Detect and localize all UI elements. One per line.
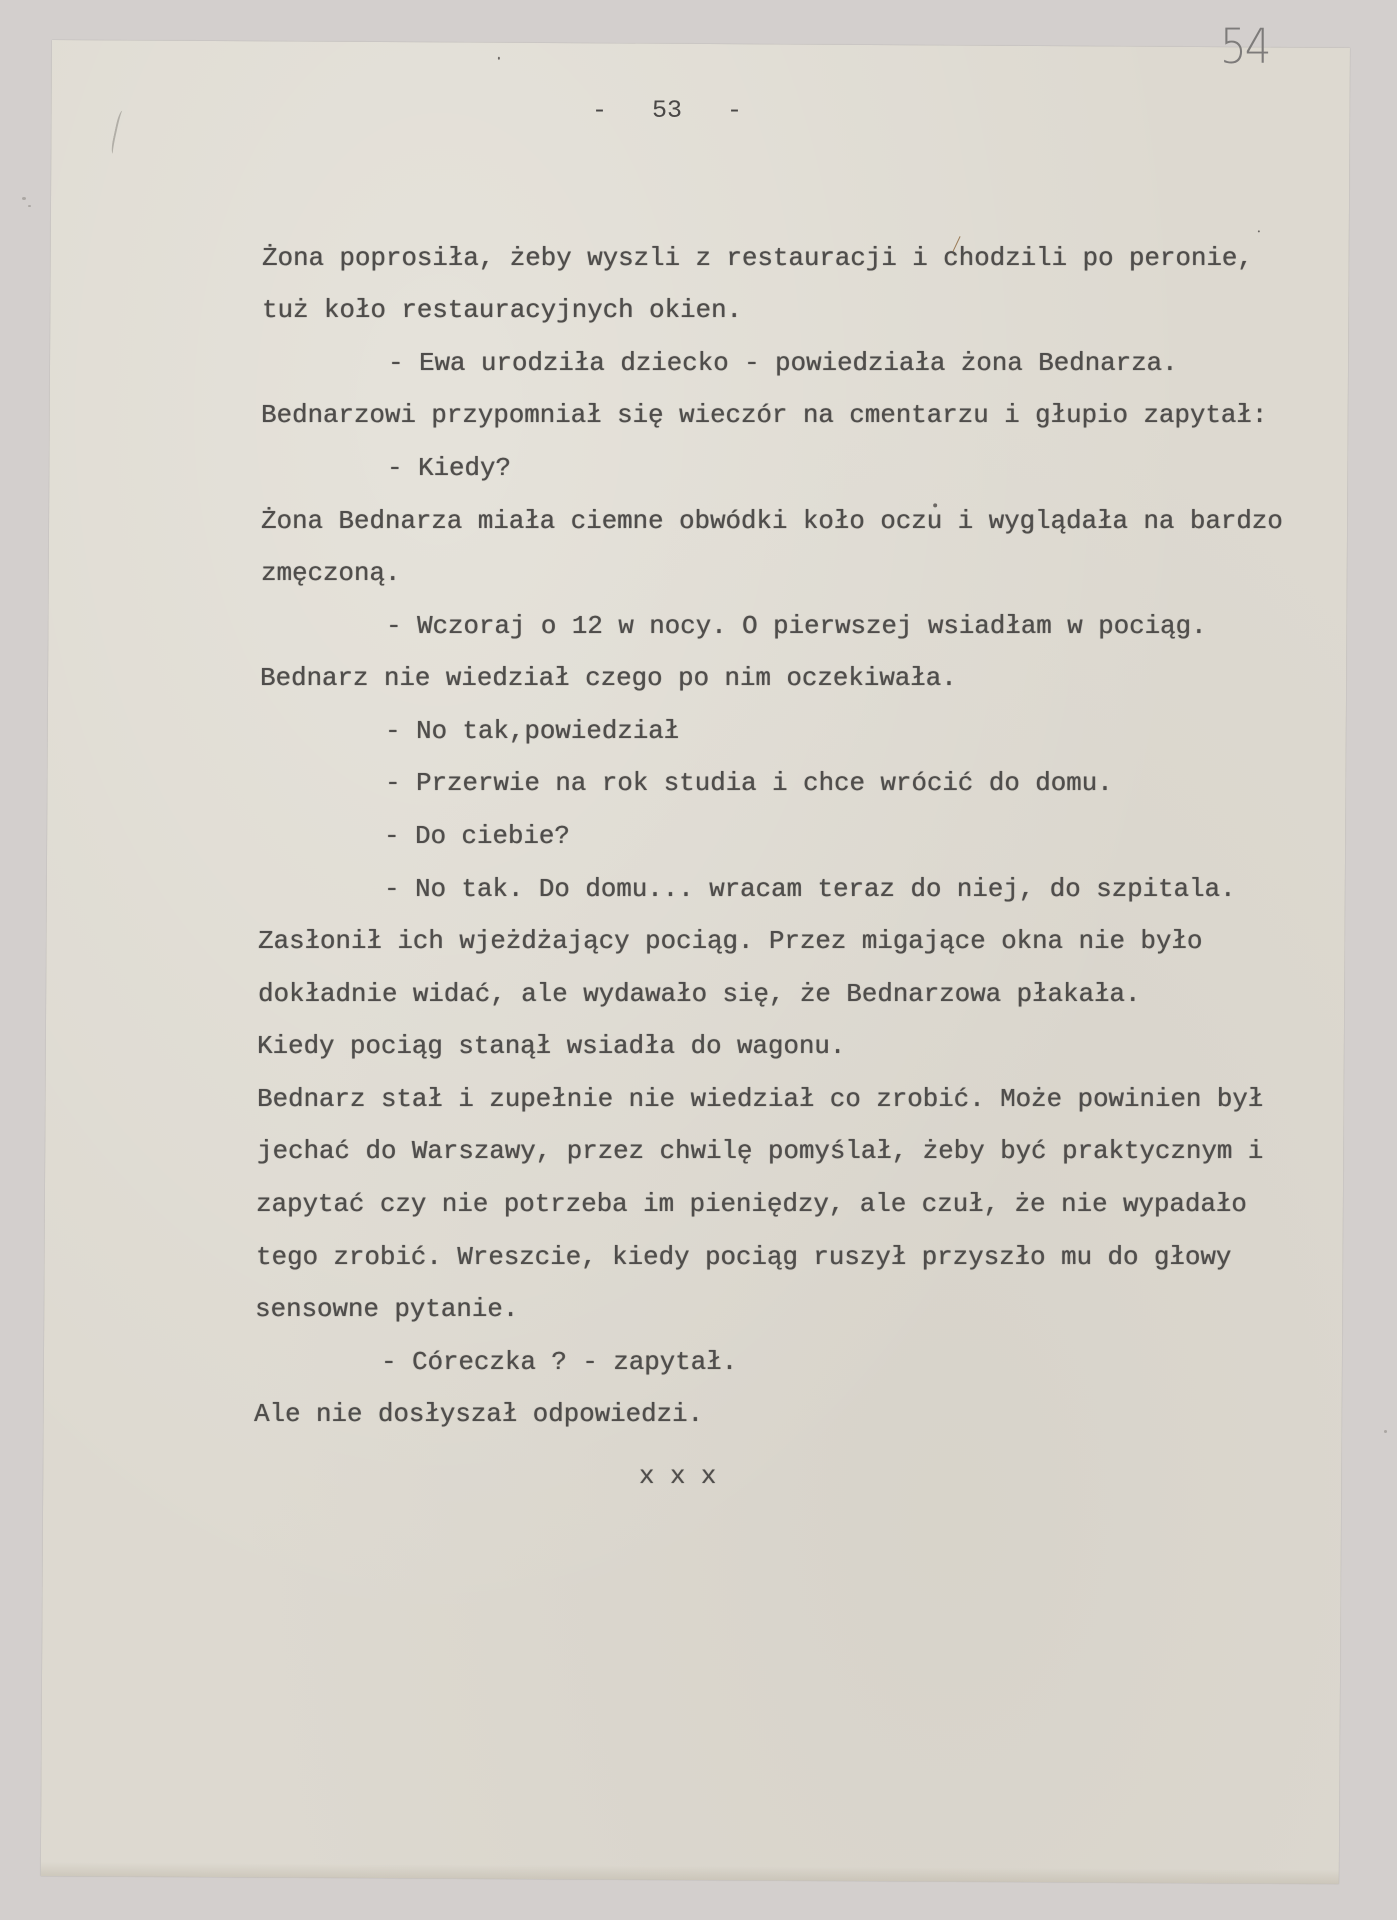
text-line: Kiedy pociąg stanął wsiadła do wagonu. (257, 1032, 845, 1062)
handwritten-folio-number: 54 (1220, 18, 1269, 74)
text-line: zapytać czy nie potrzeba im pieniędzy, a… (256, 1190, 1247, 1220)
text-line: Żona Bednarza miała ciemne obwódki koło … (261, 507, 1283, 537)
text-line: Bednarzowi przypomniał się wieczór na cm… (261, 401, 1267, 431)
pencil-mark (110, 110, 127, 155)
text-line: jechać do Warszawy, przez chwilę pomyśla… (257, 1137, 1263, 1167)
ink-speck (498, 57, 500, 60)
text-line: tego zrobić. Wreszcie, kiedy pociąg rusz… (256, 1243, 1231, 1273)
text-line: Żona poprosiła, żeby wyszli z restauracj… (262, 244, 1253, 274)
text-line: - Przerwie na rok studia i chce wrócić d… (385, 769, 1113, 799)
text-line: Bednarz nie wiedział czego po nim oczeki… (260, 664, 957, 694)
text-line: - No tak,powiedział (385, 717, 679, 747)
ink-speck (1258, 230, 1260, 232)
text-line: - Córeczka ? - zapytał. (381, 1348, 737, 1378)
text-line: Zasłonił ich wjeżdżający pociąg. Przez m… (258, 927, 1202, 957)
text-line: dokładnie widać, ale wydawało się, że Be… (258, 980, 1140, 1010)
text-line: - Ewa urodziła dziecko - powiedziała żon… (388, 349, 1178, 379)
backdrop-speck (22, 197, 26, 200)
text-line: - Wczoraj o 12 w nocy. O pierwszej wsiad… (386, 612, 1206, 642)
text-line: Ale nie dosłyszał odpowiedzi. (254, 1400, 703, 1430)
text-line: tuż koło restauracyjnych okien. (262, 296, 742, 326)
backdrop-speck (28, 205, 31, 207)
page-number: - 53 - (592, 96, 742, 125)
paper-edge-shadow (41, 1862, 1339, 1884)
text-line: - Do ciebie? (384, 822, 570, 852)
text-line: zmęczoną. (261, 559, 400, 589)
section-break-marker: x x x (639, 1462, 716, 1491)
text-line: - No tak. Do domu... wracam teraz do nie… (384, 875, 1235, 905)
text-line: - Kiedy? (387, 454, 511, 484)
text-line: Bednarz stał i zupełnie nie wiedział co … (257, 1085, 1263, 1115)
backdrop-speck (1384, 1430, 1387, 1433)
text-line: sensowne pytanie. (255, 1295, 518, 1325)
